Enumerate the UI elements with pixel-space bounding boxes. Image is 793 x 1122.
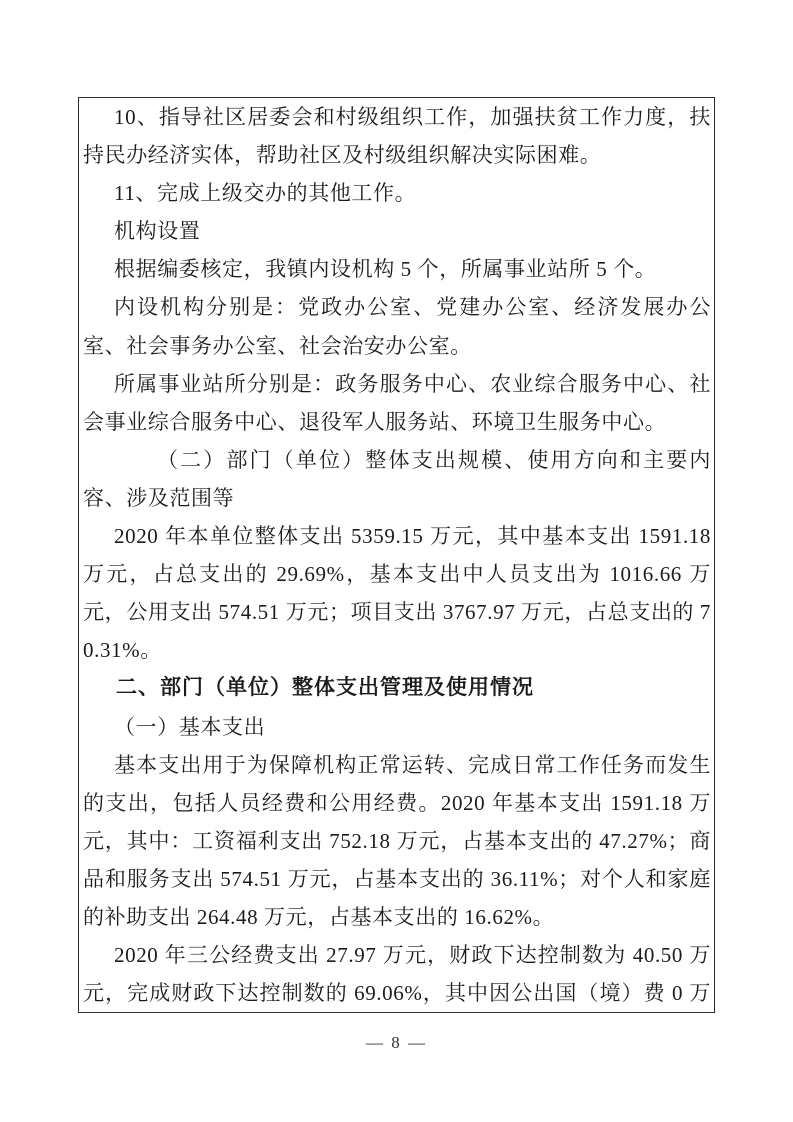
paragraph-basic-expenditure-title: （一）基本支出	[83, 708, 711, 746]
paragraph-basic-expenditure-detail: 基本支出用于为保障机构正常运转、完成日常工作任务而发生的支出，包括人员经费和公用…	[83, 746, 711, 936]
document-page: 10、指导社区居委会和村级组织工作，加强扶贫工作力度，扶持民办经济实体，帮助社区…	[0, 0, 793, 1122]
paragraph-duty-11: 11、完成上级交办的其他工作。	[83, 174, 711, 212]
paragraph-duty-10: 10、指导社区居委会和村级组织工作，加强扶贫工作力度，扶持民办经济实体，帮助社区…	[83, 98, 711, 174]
paragraph-org-counts: 根据编委核定，我镇内设机构 5 个，所属事业站所 5 个。	[83, 250, 711, 288]
section-heading-2: 二、部门（单位）整体支出管理及使用情况	[83, 669, 711, 707]
paragraph-overall-expenditure: 2020 年本单位整体支出 5359.15 万元，其中基本支出 1591.18 …	[83, 517, 711, 669]
paragraph-subsection-2-title: （二）部门（单位）整体支出规模、使用方向和主要内容、涉及范围等	[83, 441, 711, 517]
paragraph-internal-offices: 内设机构分别是：党政办公室、党建办公室、经济发展办公室、社会事务办公室、社会治安…	[83, 288, 711, 364]
paragraph-three-public-funds: 2020 年三公经费支出 27.97 万元，财政下达控制数为 40.50 万元，…	[83, 936, 711, 1013]
document-body: 10、指导社区居委会和村级组织工作，加强扶贫工作力度，扶持民办经济实体，帮助社区…	[78, 97, 715, 1013]
paragraph-subordinate-stations: 所属事业站所分别是：政务服务中心、农业综合服务中心、社会事业综合服务中心、退役军…	[83, 365, 711, 441]
paragraph-org-setup-title: 机构设置	[83, 212, 711, 250]
page-number: — 8 —	[0, 1033, 793, 1053]
